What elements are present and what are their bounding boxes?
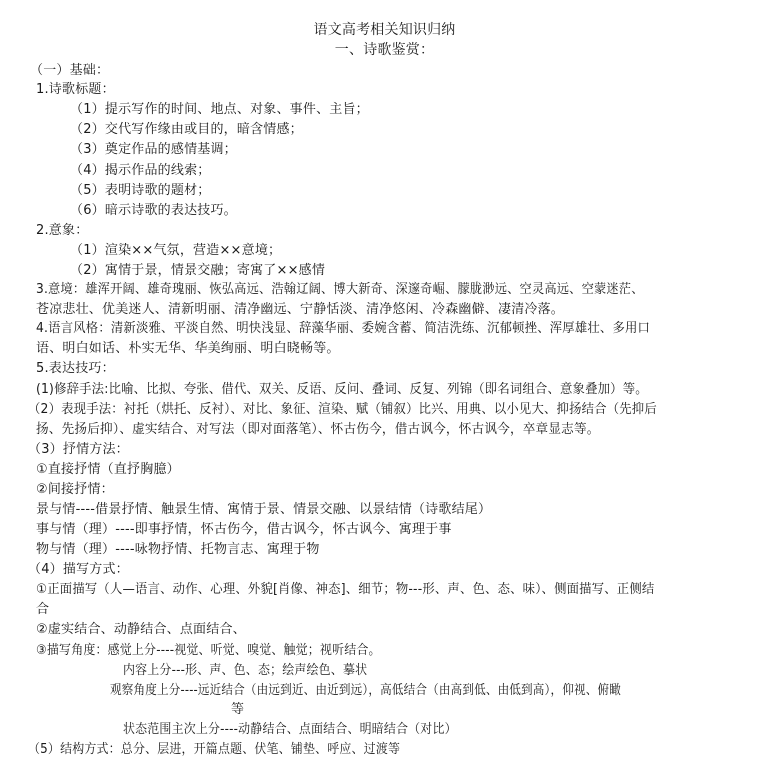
document-title: 语文高考相关知识归纳: [0, 22, 769, 38]
description-front: 合: [36, 602, 49, 618]
lyric-heading: （3）抒情方法：: [28, 442, 129, 458]
lyric-direct: ①直接抒情（直抒胸臆）: [36, 462, 180, 478]
lyric-scene: 景与情----借景抒情、触景生情、寓情于景、情景交融、以景结情（诗歌结尾）: [36, 502, 491, 518]
item3-line: 苍凉悲壮、优美迷人、清新明丽、清净幽远、宁静恬淡、清净悠闲、冷森幽僻、凄清冷落。: [36, 302, 564, 318]
lyric-object: 物与情（理）----咏物抒情、托物言志、寓理于物: [36, 542, 320, 558]
item3-line: 3.意境：雄浑开阔、雄奇瑰丽、恢弘高远、浩翰辽阔、博大新奇、深邃奇崛、朦胧渺远、…: [36, 282, 644, 298]
item1-point: （1）提示写作的时间、地点、对象、事件、主旨；: [70, 102, 369, 118]
item5-heading: 5.表达技巧：: [36, 361, 115, 377]
expression-line: 扬、先扬后抑）、虚实结合、对写法（即对面落笔）、怀古伤今，借古讽今，怀古讽今，卒…: [36, 422, 600, 438]
structure-line: （5）结构方式：总分、层进，开篇点题、伏笔、铺垫、呼应、过渡等: [28, 742, 400, 758]
lyric-indirect: ②间接抒情：: [36, 482, 114, 498]
item2-heading: 2.意象：: [36, 223, 88, 239]
description-combo: ②虚实结合、动静结合、点面结合、: [36, 622, 246, 638]
rhetoric-line: (1)修辞手法:比喻、比拟、夸张、借代、双关、反语、反问、叠词、反复、列锦（即名…: [36, 382, 648, 398]
item1-point: （6）暗示诗歌的表达技巧。: [70, 203, 237, 219]
expression-line: （2）表现手法：衬托（烘托、反衬）、对比、象征、渲染、赋（铺叙）比兴、用典、以小…: [28, 402, 657, 418]
description-content: 内容上分---形、声、色、态；绘声绘色、摹状: [123, 663, 367, 679]
item4-line: 语、明白如话、朴实无华、华美绚丽、明白晓畅等。: [36, 341, 340, 357]
section-heading: 一、诗歌鉴赏：: [0, 42, 769, 58]
item2-point: （2）寓情于景，情景交融；寄寓了××感情: [70, 263, 325, 279]
lyric-event: 事与情（理）----即事抒情，怀古伤今，借古讽今，怀古讽今、寓理于事: [36, 522, 452, 538]
item1-point: （3）奠定作品的感情基调；: [70, 142, 237, 158]
document-page: 语文高考相关知识归纳 一、诗歌鉴赏： （一）基础： 1.诗歌标题： （1）提示写…: [0, 0, 769, 763]
item1-point: （5）表明诗歌的题材；: [70, 183, 210, 199]
item2-point: （1）渲染××气氛，营造××意境；: [70, 243, 281, 259]
item1-point: （2）交代写作缘由或目的，暗含情感；: [70, 122, 303, 138]
description-observe: 等: [231, 702, 244, 718]
part-heading: （一）基础：: [30, 63, 109, 79]
description-state: 状态范围主次上分----动静结合、点面结合、明暗结合（对比）: [123, 722, 457, 738]
description-front: ①正面描写（人—语言、动作、心理、外貌[肖像、神态]、细节；物---形、声、色、…: [36, 582, 654, 598]
item1-heading: 1.诗歌标题：: [36, 82, 115, 98]
item4-line: 4.语言风格：清新淡雅、平淡自然、明快浅显、辞藻华丽、委婉含蓄、简洁洗练、沉郁顿…: [36, 321, 650, 337]
description-angle: ③描写角度：感觉上分----视觉、听觉、嗅觉、触觉；视听结合。: [36, 643, 381, 659]
description-heading: （4）描写方式：: [28, 562, 129, 578]
item1-point: （4）揭示作品的线索；: [70, 163, 210, 179]
description-observe: 观察角度上分----远近结合（由远到近、由近到远），高低结合（由高到低、由低到高…: [110, 683, 621, 699]
